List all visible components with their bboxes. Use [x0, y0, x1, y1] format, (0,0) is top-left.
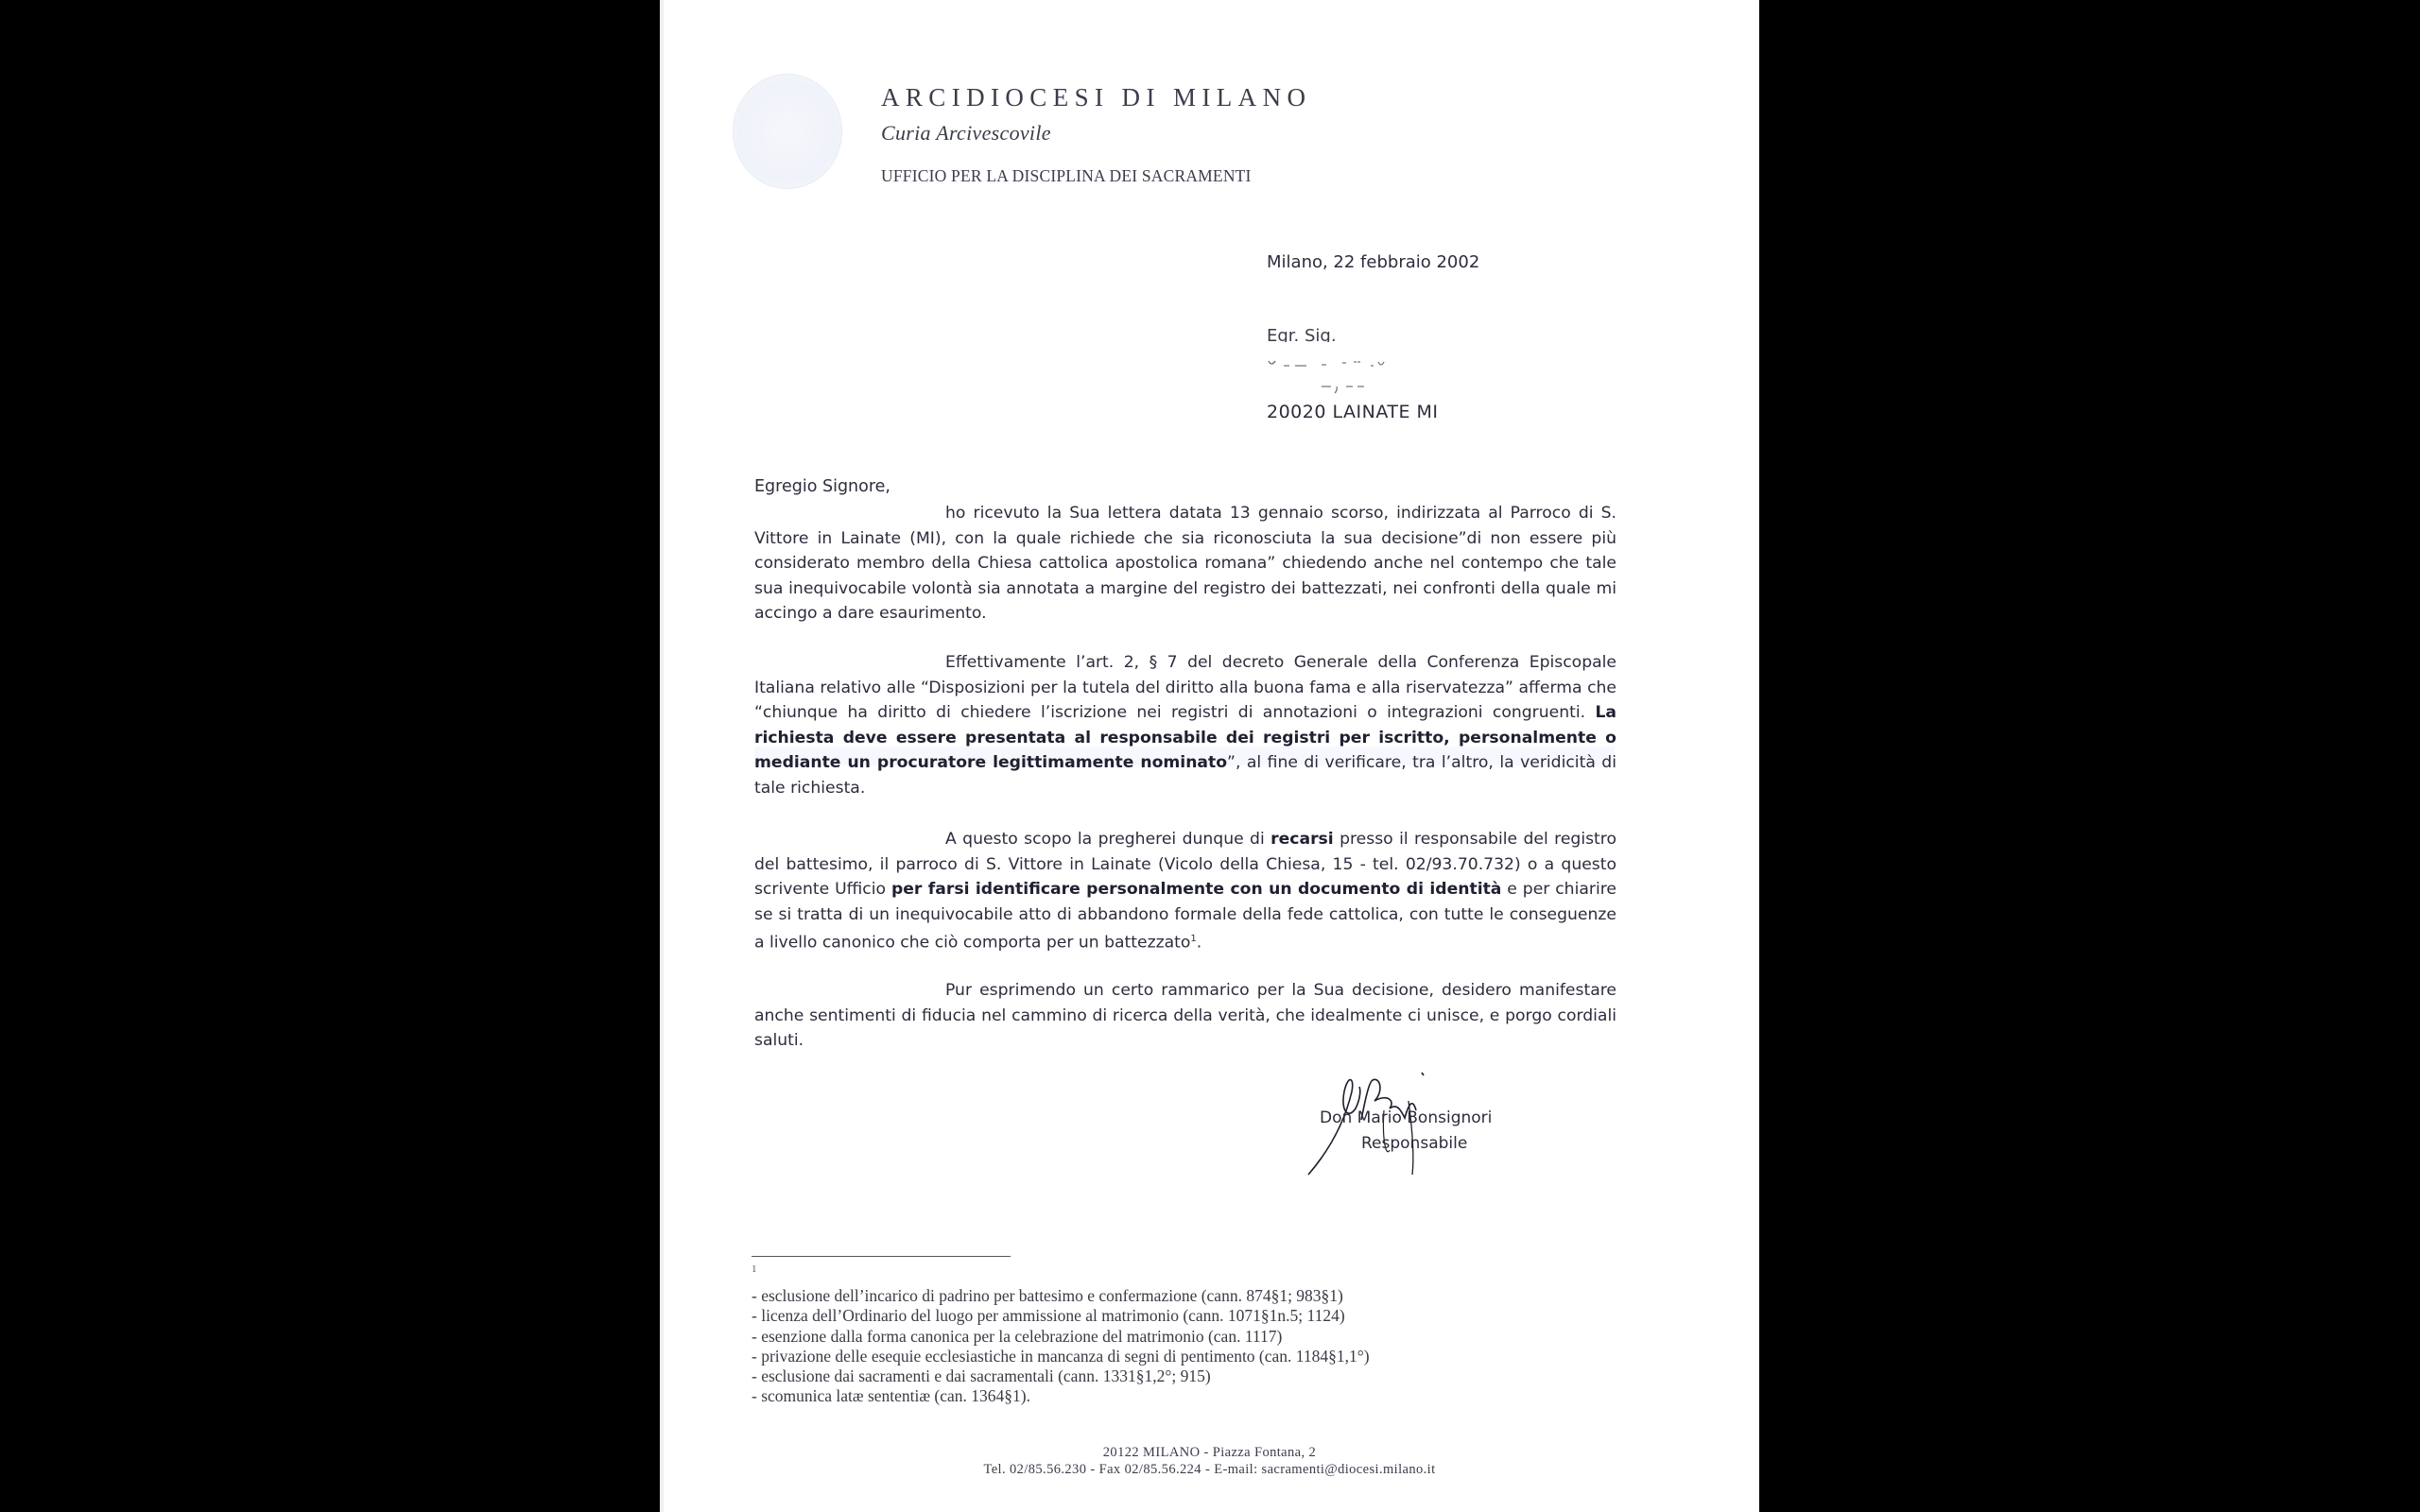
footnote-item: - privazione delle esequie ecclesiastich… — [752, 1347, 1370, 1366]
paragraph-emphasis: recarsi — [1270, 830, 1334, 849]
footnote-divider — [752, 1256, 1011, 1257]
body-paragraph-3: A questo scopo la pregherei dunque di re… — [754, 827, 1616, 956]
footnote-item: - esclusione dell’incarico di padrino pe… — [752, 1286, 1370, 1306]
paragraph-text: Effettivamente l’art. 2, § 7 del decreto… — [754, 653, 1616, 722]
paragraph-text: Pur esprimendo un certo rammarico per la… — [754, 981, 1616, 1050]
body-paragraph-4: Pur esprimendo un certo rammarico per la… — [754, 978, 1616, 1054]
footnote-marker: 1 — [752, 1263, 757, 1275]
recipient-title: Egr. Sig. — [1267, 326, 1337, 342]
footnote-item: - scomunica latæ sententiæ (can. 1364§1)… — [752, 1386, 1370, 1406]
date-line: Milano, 22 febbraio 2002 — [1267, 252, 1479, 272]
footnote-item: - esenzione dalla forma canonica per la … — [752, 1327, 1370, 1347]
signatory-name: Don Mario Bonsignori — [1320, 1108, 1492, 1127]
signatory-role: Responsabile — [1361, 1134, 1467, 1153]
letter-page: ARCIDIOCESI DI MILANO Curia Arcivescovil… — [660, 0, 1759, 1512]
body-paragraph-1: ho ricevuto la Sua lettera datata 13 gen… — [754, 501, 1616, 627]
paragraph-emphasis: per farsi identificare personalmente con… — [891, 880, 1501, 899]
redacted-address-line — [1267, 381, 1418, 394]
recipient-city: 20020 LAINATE MI — [1267, 402, 1439, 422]
footer-address: 20122 MILANO - Piazza Fontana, 2 — [660, 1444, 1759, 1461]
footnote-list: - esclusione dell’incarico di padrino pe… — [752, 1286, 1370, 1407]
footnote-item: - esclusione dai sacramenti e dai sacram… — [752, 1366, 1370, 1386]
letterhead-footer: 20122 MILANO - Piazza Fontana, 2 Tel. 02… — [660, 1444, 1759, 1478]
salutation: Egregio Signore, — [754, 477, 890, 496]
letterhead-subtitle: Curia Arcivescovile — [881, 121, 1051, 146]
page-edge — [660, 0, 664, 1512]
redacted-address-line — [1267, 357, 1418, 370]
paragraph-text: . — [1197, 934, 1201, 953]
paragraph-text: ho ricevuto la Sua lettera datata 13 gen… — [754, 504, 1616, 623]
letterhead-title: ARCIDIOCESI DI MILANO — [881, 83, 1311, 112]
seal-ring — [733, 74, 842, 189]
footer-contacts: Tel. 02/85.56.230 - Fax 02/85.56.224 - E… — [660, 1461, 1759, 1478]
footnote-item: - licenza dell’Ordinario del luogo per a… — [752, 1306, 1370, 1326]
body-paragraph-2: Effettivamente l’art. 2, § 7 del decreto… — [754, 650, 1616, 801]
paragraph-text: A questo scopo la pregherei dunque di — [945, 830, 1270, 849]
letterhead-office: UFFICIO PER LA DISCIPLINA DEI SACRAMENTI — [881, 166, 1252, 186]
